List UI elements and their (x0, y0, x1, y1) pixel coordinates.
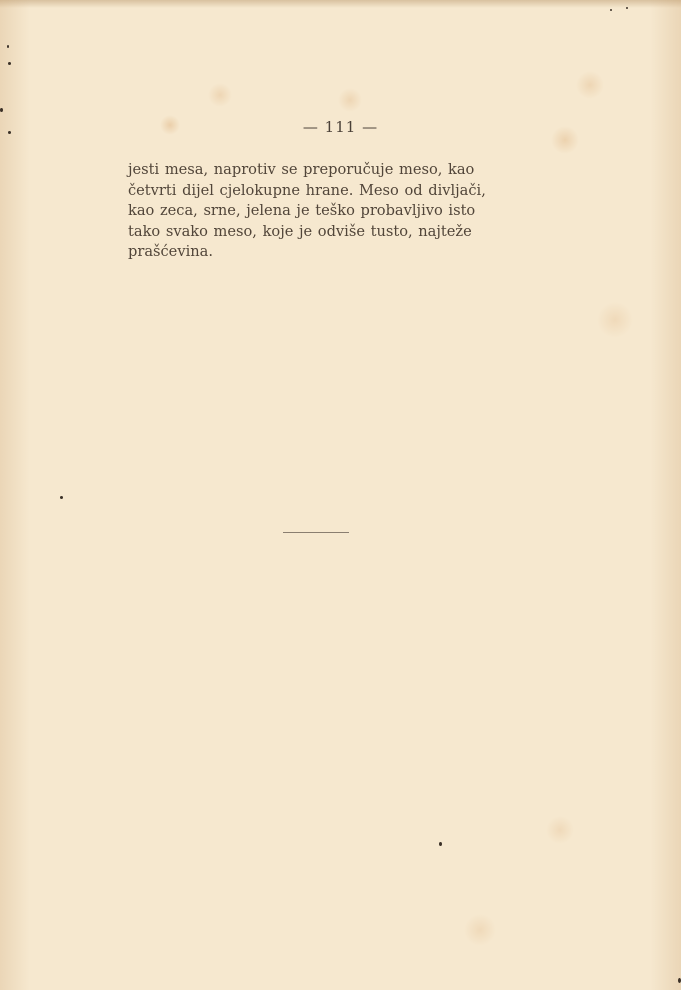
paper-speck (439, 842, 442, 846)
page-number: — 111 — (0, 118, 681, 136)
paper-speck (7, 45, 9, 48)
text-line-4: tako svako meso, koje je odviše tusto, n… (128, 222, 512, 243)
scanned-book-page: — 111 — jesti mesa, naprotiv se preporuč… (0, 0, 681, 990)
paper-speck (610, 9, 612, 11)
body-paragraph: jesti mesa, naprotiv se preporučuje meso… (128, 160, 512, 263)
paper-speck (60, 496, 63, 499)
text-line-3: kao zeca, srne, jelena je teško probavlj… (128, 201, 512, 222)
text-line-2: četvrti dijel cjelokupne hrane. Meso od … (128, 181, 512, 202)
text-line-1: jesti mesa, naprotiv se preporučuje meso… (128, 160, 512, 181)
paper-speck (626, 7, 628, 9)
section-divider (283, 532, 349, 533)
paper-speck (8, 131, 11, 134)
paper-speck (8, 62, 11, 65)
paper-speck (0, 108, 3, 112)
text-line-5: prašćevina. (128, 242, 512, 263)
